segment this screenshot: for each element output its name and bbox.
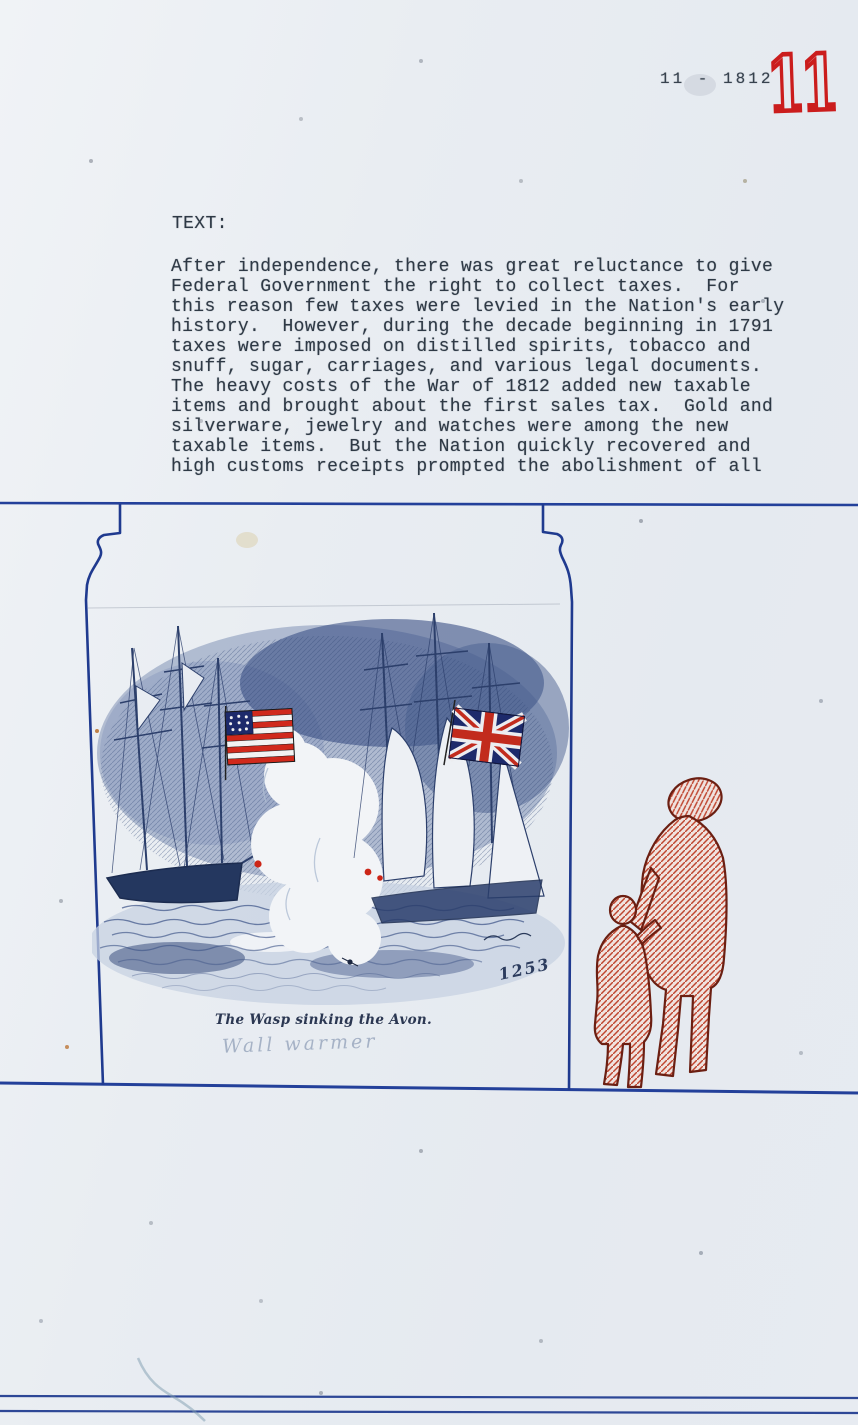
paper-stain (236, 532, 258, 548)
top-rule-line (0, 503, 858, 505)
stamp-number-text: 11 (765, 42, 836, 122)
flag-stars (229, 714, 250, 732)
illustration-caption: The Wasp sinking the Avon. (215, 1012, 432, 1028)
stamp-11: 11 (758, 42, 854, 122)
footer-rule-2 (0, 1411, 858, 1413)
document-page: 11 - 1812 11 TEXT: After independence, t… (0, 0, 858, 1425)
child-body (595, 926, 651, 1087)
child-head (610, 896, 636, 924)
text-section-label: TEXT: (172, 214, 228, 234)
naval-battle-illustration: 1253 (92, 608, 570, 1010)
adult-body (641, 816, 726, 1076)
stamp-number-group: 11 (765, 42, 836, 122)
paper-speckles (0, 0, 2, 2)
father-child-sketch (577, 772, 767, 1092)
child-figure (595, 896, 661, 1087)
slide-code: 11 - 1812 (660, 70, 773, 88)
body-paragraph: After independence, there was great relu… (171, 257, 819, 477)
footer-rule-1 (0, 1396, 858, 1398)
